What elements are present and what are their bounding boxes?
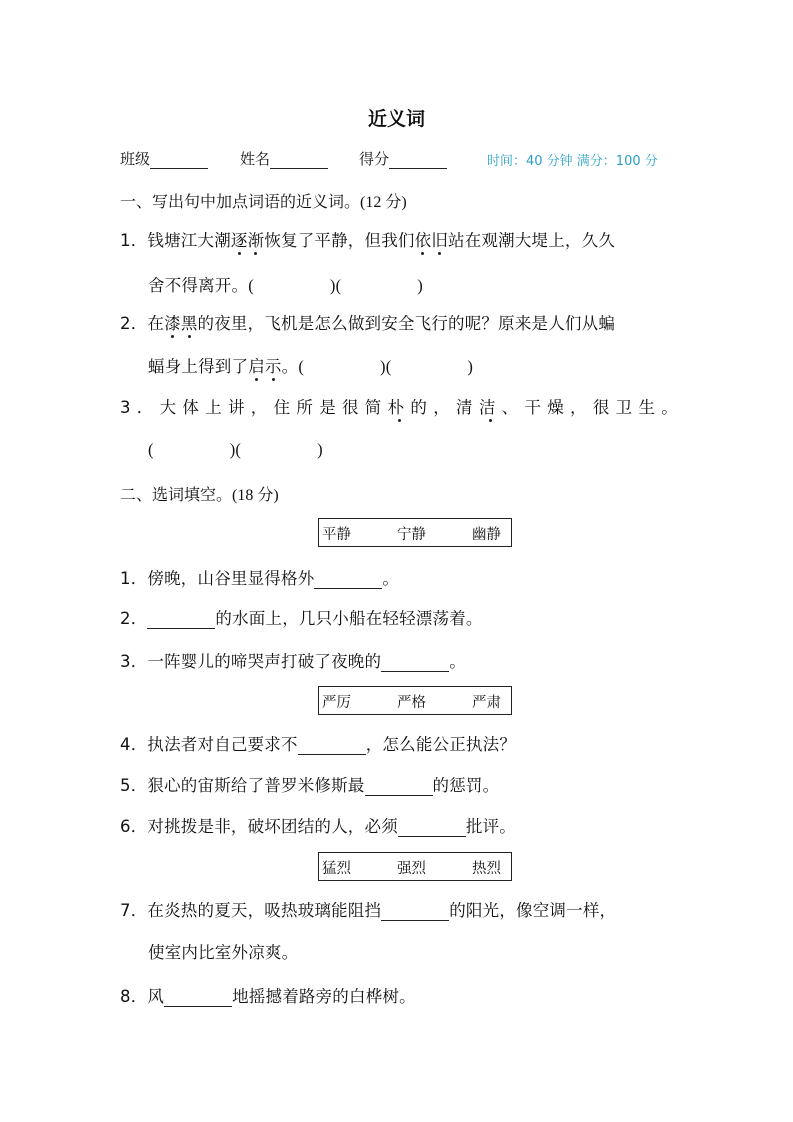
question-number: 3．	[120, 398, 160, 417]
s1-question-2-line1: 2．在漆黑的夜里，飞机是怎么做到安全飞行的呢？原来是人们从蝙	[120, 310, 615, 334]
fill-blank[interactable]	[147, 612, 215, 629]
text: 狠心的宙斯给了普罗米修斯最	[147, 776, 364, 795]
word-option: 宁静	[397, 523, 426, 544]
class-label: 班级	[120, 150, 150, 168]
dotted-char: 依	[415, 231, 432, 250]
s1-question-2-line2: 蝠身上得到了启示。()()	[148, 353, 473, 377]
fill-blank[interactable]	[314, 572, 382, 589]
word-option: 平静	[322, 523, 351, 544]
s1-question-3-line2: ()()	[148, 440, 323, 460]
answer-paren: )	[467, 357, 473, 376]
dotted-char: 示	[265, 357, 282, 376]
word-option: 热烈	[472, 857, 501, 878]
score-blank[interactable]	[389, 153, 447, 169]
question-number: 8．	[120, 987, 147, 1006]
text: 。	[282, 357, 299, 376]
name-blank[interactable]	[270, 153, 328, 169]
answer-paren: )(	[380, 357, 391, 376]
word-option: 严肃	[472, 691, 501, 712]
s2-question-5: 5．狠心的宙斯给了普罗米修斯最的惩罚。	[120, 772, 499, 796]
section1-title: 一、写出句中加点词语的近义词。	[120, 192, 360, 211]
question-number: 2．	[120, 314, 147, 333]
answer-paren: (	[148, 440, 154, 459]
answer-paren: )(	[230, 440, 241, 459]
question-number: 1．	[120, 231, 147, 250]
page-title: 近义词	[0, 104, 793, 131]
text: 在	[147, 314, 164, 333]
s2-question-2: 2．的水面上，几只小船在轻轻漂荡着。	[120, 605, 483, 629]
question-number: 5．	[120, 776, 147, 795]
text: 钱塘江大潮	[147, 231, 231, 250]
answer-paren: )	[317, 440, 323, 459]
s2-question-4: 4．执法者对自己要求不，怎么能公正执法？	[120, 731, 516, 755]
section2-heading: 二、选词填空。(18 分)	[120, 482, 279, 505]
dotted-char: 逐	[231, 231, 248, 250]
s2-question-8: 8．风地摇撼着路旁的白桦树。	[120, 983, 416, 1007]
time-score-info: 时间：40 分钟 满分：100 分	[487, 150, 658, 169]
text: 风	[147, 987, 164, 1006]
section2-title: 二、选词填空。	[120, 485, 232, 504]
s2-question-7-line2: 使室内比室外凉爽。	[148, 939, 298, 963]
fill-blank[interactable]	[164, 990, 232, 1007]
dotted-char: 渐	[248, 231, 265, 250]
s2-question-1: 1．傍晚，山谷里显得格外。	[120, 565, 399, 589]
question-number: 3．	[120, 652, 147, 671]
dotted-char: 朴	[388, 398, 411, 417]
text: 的惩罚。	[433, 776, 500, 795]
dotted-char: 黑	[181, 314, 198, 333]
text: 恢复了平静，但我们	[264, 231, 414, 250]
word-box-3: 猛烈 强烈 热烈	[318, 852, 512, 881]
answer-paren: (	[248, 276, 254, 295]
dotted-char: 旧	[431, 231, 448, 250]
fill-blank[interactable]	[365, 779, 433, 796]
answer-paren: )	[417, 276, 423, 295]
section1-points: (12 分)	[360, 194, 407, 211]
word-option: 严厉	[322, 691, 351, 712]
class-field: 班级	[120, 148, 216, 169]
word-option: 猛烈	[322, 857, 351, 878]
question-number: 1．	[120, 569, 147, 588]
text: 站在观潮大堤上，久久	[448, 231, 615, 250]
word-box-2: 严厉 严格 严肃	[318, 686, 512, 715]
text: 蝠身上得到了	[148, 357, 248, 376]
section2-points: (18 分)	[232, 487, 279, 504]
s1-question-1-line2: 舍不得离开。()()	[148, 272, 423, 296]
dotted-char: 漆	[164, 314, 181, 333]
fill-blank[interactable]	[381, 655, 449, 672]
text: 、干燥，很卫生。	[502, 398, 684, 417]
fill-blank[interactable]	[298, 738, 366, 755]
word-option: 强烈	[397, 857, 426, 878]
word-option: 严格	[397, 691, 426, 712]
score-label: 得分	[359, 150, 389, 168]
text: 批评。	[466, 817, 516, 836]
word-option: 幽静	[472, 523, 501, 544]
dotted-char: 洁	[479, 398, 502, 417]
s2-question-7-line1: 7．在炎热的夏天，吸热玻璃能阻挡的阳光，像空调一样，	[120, 897, 616, 921]
text: 在炎热的夏天，吸热玻璃能阻挡	[147, 901, 381, 920]
question-number: 7．	[120, 901, 147, 920]
text: 。	[449, 652, 466, 671]
text: 。	[382, 569, 399, 588]
text: 使室内比室外凉爽。	[148, 943, 298, 962]
text: 的水面上，几只小船在轻轻漂荡着。	[215, 609, 482, 628]
name-label: 姓名	[240, 150, 270, 168]
text: 地摇撼着路旁的白桦树。	[232, 987, 416, 1006]
text: 舍不得离开。	[148, 276, 248, 295]
text: 的阳光，像空调一样，	[449, 901, 616, 920]
s2-question-6: 6．对挑拨是非，破坏团结的人，必须批评。	[120, 813, 516, 837]
text: ，怎么能公正执法？	[366, 735, 516, 754]
text: 傍晚，山谷里显得格外	[147, 569, 314, 588]
s1-question-3-line1: 3．大体上讲，住所是很简朴的，清洁、干燥，很卫生。	[120, 394, 684, 418]
section1-heading: 一、写出句中加点词语的近义词。(12 分)	[120, 189, 407, 212]
question-number: 2．	[120, 609, 147, 628]
answer-paren: (	[298, 357, 304, 376]
text: 一阵婴儿的啼哭声打破了夜晚的	[147, 652, 381, 671]
s2-question-3: 3．一阵婴儿的啼哭声打破了夜晚的。	[120, 648, 466, 672]
s1-question-1-line1: 1．钱塘江大潮逐渐恢复了平静，但我们依旧站在观潮大堤上，久久	[120, 227, 615, 251]
text: 执法者对自己要求不	[147, 735, 297, 754]
dotted-char: 启	[248, 357, 265, 376]
text: 对挑拨是非，破坏团结的人，必须	[147, 817, 398, 836]
score-field: 得分	[359, 148, 455, 169]
question-number: 4．	[120, 735, 147, 754]
fill-blank[interactable]	[398, 820, 466, 837]
text: 大体上讲，住所是很简	[160, 398, 388, 417]
name-field: 姓名	[240, 148, 336, 169]
question-number: 6．	[120, 817, 147, 836]
text: 的，清	[410, 398, 478, 417]
answer-paren: )(	[330, 276, 341, 295]
class-blank[interactable]	[150, 153, 208, 169]
word-box-1: 平静 宁静 幽静	[318, 518, 512, 547]
fill-blank[interactable]	[381, 904, 449, 921]
text: 的夜里，飞机是怎么做到安全飞行的呢？原来是人们从蝙	[198, 314, 616, 333]
